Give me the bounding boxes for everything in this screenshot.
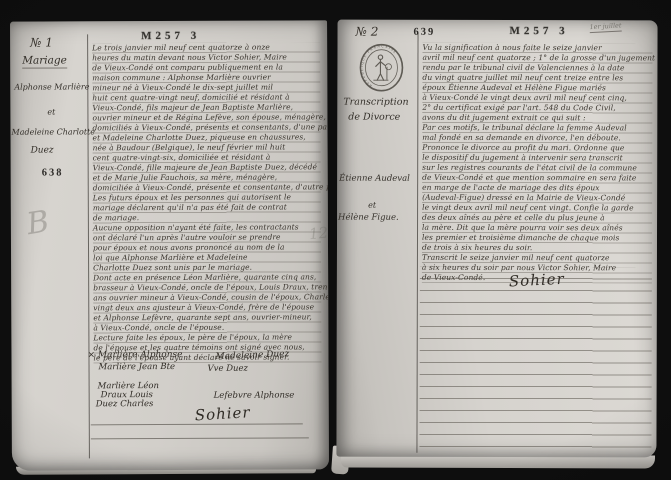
- right-header-batch-stamp: M257 3: [510, 25, 569, 37]
- left-header-batch-stamp: M257 3: [141, 30, 200, 42]
- margin-spouse2-name-line2: Duez: [31, 146, 54, 156]
- margin-spouse1-name: Alphonse Marlière: [14, 82, 89, 91]
- scanned-register-spread: M257 3 № 1 Mariage Alphonse Marlière et …: [0, 0, 671, 480]
- manuscript-line: Vieux-Condé, fille majeure de Jean Bapti…: [93, 162, 321, 173]
- right-page-divorce-transcription: № 2 639 M257 3 1er juillet RÉPUBLIQUE FR…: [336, 20, 657, 458]
- manuscript-line: 2° du certificat exigé par l'art. 548 du…: [422, 103, 652, 114]
- left-margin-rule: [87, 34, 90, 458]
- margin-act-type-line1: Transcription: [343, 97, 408, 108]
- republique-francaise-seal-icon: RÉPUBLIQUE FRANÇAISE: [358, 43, 404, 93]
- margin-spouse2-name-line1: Madeleine Charlotte: [11, 127, 95, 136]
- right-body-manuscript: Vu la signification à nous faite le seiz…: [422, 43, 653, 284]
- signature-bride-mother: Vve Duez: [208, 364, 249, 374]
- manuscript-line: époux Étienne Audeval et Hélène Figue ma…: [422, 83, 652, 94]
- manuscript-line: Par ces motifs, le tribunal déclare la f…: [422, 123, 652, 134]
- left-page-marriage-act: M257 3 № 1 Mariage Alphonse Marlière et …: [10, 20, 329, 470]
- manuscript-line: et Madeleine Charlotte Duez, piqueuse en…: [93, 132, 321, 143]
- manuscript-line: rendu par le tribunal civil de Valencien…: [422, 63, 652, 74]
- signature-witness4: Duez Charles: [96, 399, 154, 409]
- manuscript-line: avons du dit jugement extrait ce qui sui…: [422, 113, 652, 124]
- signature-witness3: Lefebvre Alphonse: [214, 390, 295, 400]
- pencil-date-note: 1er juillet: [589, 21, 622, 33]
- right-margin-rule: [416, 33, 418, 453]
- act-number: № 1: [30, 36, 53, 50]
- manuscript-line: avril mil neuf cent quatorze ; 1° de la …: [422, 53, 652, 64]
- manuscript-line: Prononce le divorce au profit du mari. O…: [422, 143, 652, 154]
- manuscript-line: le vingt deux avril mil neuf cent vingt.…: [422, 203, 652, 214]
- folio-number-638: 638: [42, 167, 64, 178]
- manuscript-line: sur les registres courants de l'état civ…: [422, 163, 652, 174]
- manuscript-line: de Vieux-Condé et que mention sommaire e…: [422, 173, 652, 184]
- manuscript-line: des deux aînés au père et celle du plus …: [422, 213, 652, 224]
- act-type-label: Mariage: [22, 54, 67, 68]
- manuscript-line: le dispositif du jugement à intervenir s…: [422, 153, 652, 164]
- manuscript-line: les premier et troisième dimanche de cha…: [422, 233, 652, 244]
- manuscript-line: Aucune opposition n'ayant été faite, les…: [93, 222, 321, 233]
- margin-conjunction: et: [368, 201, 376, 210]
- manuscript-line: la mère. Dit que la mère pourra voir ses…: [422, 223, 652, 234]
- pencil-check-mark: B: [24, 204, 51, 242]
- margin-party2-name: Hélène Figue.: [338, 213, 399, 223]
- margin-party1-name: Étienne Audeval: [339, 174, 410, 184]
- signature-groom: × Marlière Alphonse: [87, 350, 182, 360]
- signature-groom-father: Marlière Jean Bte: [99, 362, 176, 372]
- manuscript-line: du vingt quatre juillet mil neuf cent tr…: [422, 73, 652, 84]
- manuscript-line: heures du matin devant nous Victor Sohie…: [92, 52, 320, 63]
- left-body-manuscript: Le trois janvier mil neuf cent quatorze …: [92, 42, 321, 363]
- manuscript-line: Vu la signification à nous faite le seiz…: [422, 43, 652, 54]
- manuscript-line: de trois à six heures du soir.: [422, 243, 652, 254]
- manuscript-line: mal fondé en sa demande en divorce, l'en…: [422, 133, 652, 144]
- act-number: № 2: [356, 25, 379, 39]
- ruled-line: [91, 437, 309, 439]
- margin-act-type-line2: de Divorce: [348, 112, 400, 123]
- margin-conjunction: et: [47, 107, 55, 116]
- blank-ruled-lines: [419, 267, 652, 458]
- signature-mayor: Sohier: [194, 403, 251, 424]
- manuscript-line: et Alphonse Lefèvre, quarante sept ans, …: [93, 312, 321, 323]
- manuscript-line: (Audeval-Figue) dressé en la Mairie de V…: [422, 193, 652, 204]
- ruled-line: [91, 423, 303, 425]
- manuscript-line: en marge de l'acte de mariage des dits é…: [422, 183, 652, 194]
- manuscript-line: à Vieux-Condé le vingt deux avril mil ne…: [422, 93, 652, 104]
- manuscript-line: Transcrit le seize janvier mil neuf cent…: [422, 253, 652, 264]
- manuscript-line: mariage déclarent qu'il n'a pas été fait…: [93, 202, 321, 213]
